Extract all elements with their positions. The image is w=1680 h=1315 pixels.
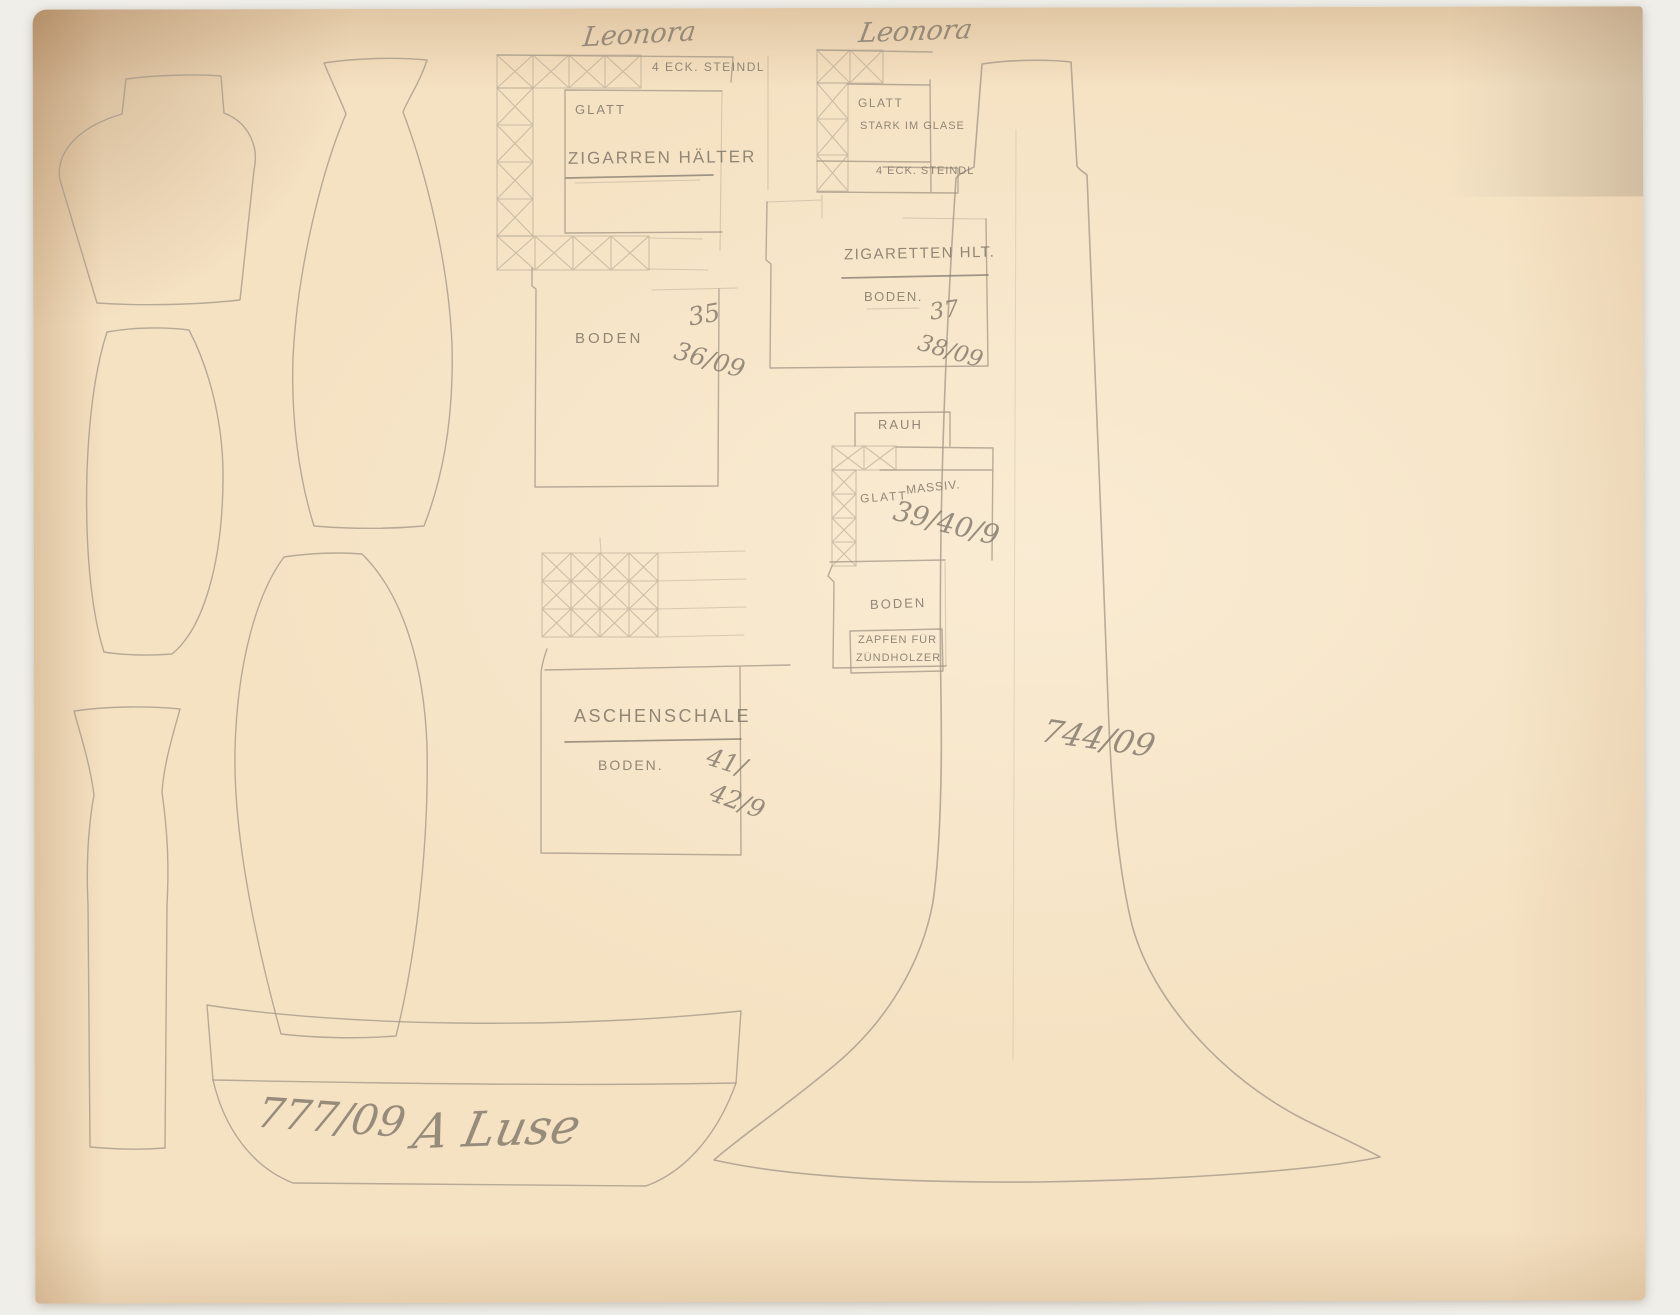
- cig-glass-note: STARK IM GLASE: [860, 120, 965, 132]
- ashtray-base-label: BODEN.: [598, 757, 664, 773]
- ashtray-model-no-top: 41/: [703, 742, 750, 782]
- cigar-finish-label: GLATT: [575, 102, 626, 117]
- cig-corner-note: 4 ECK. STEINDL: [876, 165, 974, 177]
- match-insert-line1: ZAPFEN FÜR: [858, 634, 937, 646]
- cigar-model-no-bottom: 36/09: [671, 336, 748, 384]
- scanned-sheet: Leonora Leonora 4 ECK. STEINDL GLATT ZIG…: [0, 0, 1680, 1315]
- cigar-title: ZIGARREN HÄLTER: [568, 147, 757, 169]
- ashtray-model-no-bottom: 42/9: [706, 778, 769, 824]
- cig-base-label: BODEN.: [864, 289, 923, 304]
- tall-vase-model-no: 744/09: [1037, 712, 1159, 765]
- cig-finish-label: GLATT: [858, 96, 903, 110]
- match-base-label: BODEN: [870, 595, 927, 612]
- cigar-corner-note: 4 ECK. STEINDL: [652, 60, 765, 74]
- header-right-script: Leonora: [856, 14, 974, 49]
- cig-model-no-bottom: 38/09: [915, 330, 986, 373]
- designer-signature: A Luse: [408, 1098, 586, 1160]
- ashtray-title: ASCHENSCHALE: [574, 706, 751, 727]
- header-left-script: Leonora: [581, 16, 697, 53]
- match-massive-note: MASSIV.: [905, 477, 961, 497]
- cig-title: ZIGARETTEN HLT.: [844, 244, 996, 264]
- cig-model-no-top: 37: [928, 296, 961, 326]
- match-insert-line2: ZÜNDHOLZER: [856, 652, 941, 664]
- match-model-no: 39/40/9: [890, 494, 1003, 552]
- bowl-model-no: 777/09: [253, 1088, 409, 1147]
- match-rim-note: RAUH: [878, 417, 923, 432]
- cigar-base-label: BODEN: [575, 330, 643, 347]
- cigar-model-no-top: 35: [686, 297, 722, 331]
